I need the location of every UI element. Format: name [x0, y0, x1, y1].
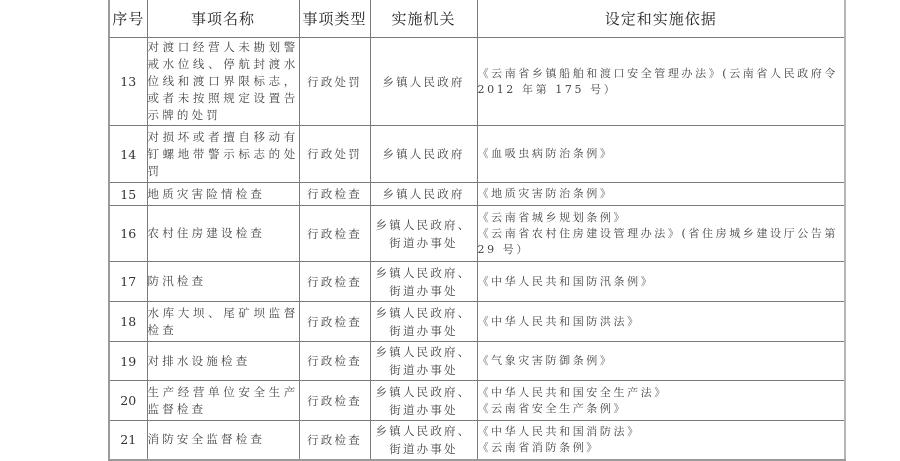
- agency-line: 乡镇人民政府、: [371, 264, 477, 282]
- agency-line: 乡镇人民政府、: [371, 343, 477, 361]
- basis-line: 《地质灾害防治条例》: [478, 186, 845, 202]
- row-item-type: 行政检查: [299, 421, 370, 460]
- agency-line: 乡镇人民政府、: [371, 422, 477, 440]
- row-item-type: 行政检查: [299, 381, 370, 421]
- row-basis: 《中华人民共和国防洪法》: [477, 302, 845, 342]
- row-agency: 乡镇人民政府: [370, 38, 477, 126]
- row-item-type: 行政检查: [299, 302, 370, 342]
- row-agency: 乡镇人民政府: [370, 126, 477, 183]
- row-item-name: 对排水设施检查: [147, 342, 299, 381]
- row-basis: 《气象灾害防御条例》: [477, 342, 845, 381]
- row-num: 20: [109, 381, 147, 421]
- row-agency: 乡镇人民政府、 街道办事处: [370, 381, 477, 421]
- basis-line: 《中华人民共和国防汛条例》: [478, 274, 845, 290]
- table-row: 17 防汛检查 行政检查 乡镇人民政府、 街道办事处 《中华人民共和国防汛条例》: [109, 262, 845, 302]
- table-row: 18 水库大坝、尾矿坝监督检查 行政检查 乡镇人民政府、 街道办事处 《中华人民…: [109, 302, 845, 342]
- header-item-name: 事项名称: [147, 0, 299, 38]
- row-basis: 《中华人民共和国消防法》 《云南省消防条例》: [477, 421, 845, 460]
- row-basis: 《云南省乡镇船舶和渡口安全管理办法》(云南省人民政府令 2012 年第 175 …: [477, 38, 845, 126]
- agency-line: 乡镇人民政府: [371, 73, 477, 91]
- row-item-type: 行政检查: [299, 342, 370, 381]
- row-item-name: 水库大坝、尾矿坝监督检查: [147, 302, 299, 342]
- row-item-name: 防汛检查: [147, 262, 299, 302]
- table-row: 21 消防安全监督检查 行政检查 乡镇人民政府、 街道办事处 《中华人民共和国消…: [109, 421, 845, 460]
- agency-line: 街道办事处: [371, 401, 477, 419]
- row-basis: 《云南省城乡规划条例》 《云南省农村住房建设管理办法》(省住房城乡建设厅公告第 …: [477, 206, 845, 262]
- table-row: 13 对渡口经营人未勘划警戒水位线、停航封渡水位线和渡口界限标志，或者未按照规定…: [109, 38, 845, 126]
- row-num: 21: [109, 421, 147, 460]
- basis-line: 《中华人民共和国防洪法》: [478, 314, 845, 330]
- agency-line: 乡镇人民政府、: [371, 383, 477, 401]
- row-num: 15: [109, 183, 147, 206]
- row-item-name: 地质灾害险情检查: [147, 183, 299, 206]
- agency-line: 街道办事处: [371, 440, 477, 458]
- row-num: 18: [109, 302, 147, 342]
- row-item-name: 对渡口经营人未勘划警戒水位线、停航封渡水位线和渡口界限标志，或者未按照规定设置告…: [147, 38, 299, 126]
- agency-line: 街道办事处: [371, 282, 477, 300]
- row-agency: 乡镇人民政府、 街道办事处: [370, 262, 477, 302]
- row-num: 14: [109, 126, 147, 183]
- row-num: 16: [109, 206, 147, 262]
- row-item-type: 行政处罚: [299, 126, 370, 183]
- basis-line: 《气象灾害防御条例》: [478, 353, 845, 369]
- basis-line: 2012 年第 175 号）: [478, 82, 845, 98]
- basis-line: 《中华人民共和国安全生产法》: [478, 385, 845, 401]
- agency-line: 乡镇人民政府、: [371, 304, 477, 322]
- row-basis: 《中华人民共和国防汛条例》: [477, 262, 845, 302]
- row-basis: 《中华人民共和国安全生产法》 《云南省安全生产条例》: [477, 381, 845, 421]
- header-num: 序号: [109, 0, 147, 38]
- row-item-name: 对损坏或者擅自移动有钉螺地带警示标志的处罚: [147, 126, 299, 183]
- row-agency: 乡镇人民政府、 街道办事处: [370, 302, 477, 342]
- row-item-name: 生产经营单位安全生产监督检查: [147, 381, 299, 421]
- row-item-type: 行政检查: [299, 206, 370, 262]
- basis-line: 《云南省乡镇船舶和渡口安全管理办法》(云南省人民政府令: [478, 66, 845, 82]
- table-row: 16 农村住房建设检查 行政检查 乡镇人民政府、 街道办事处 《云南省城乡规划条…: [109, 206, 845, 262]
- row-num: 17: [109, 262, 147, 302]
- table-row: 20 生产经营单位安全生产监督检查 行政检查 乡镇人民政府、 街道办事处 《中华…: [109, 381, 845, 421]
- agency-line: 街道办事处: [371, 322, 477, 340]
- agency-line: 街道办事处: [371, 361, 477, 379]
- row-agency: 乡镇人民政府、 街道办事处: [370, 206, 477, 262]
- row-agency: 乡镇人民政府、 街道办事处: [370, 421, 477, 460]
- basis-line: 《云南省农村住房建设管理办法》(省住房城乡建设厅公告第: [478, 226, 845, 242]
- row-item-type: 行政检查: [299, 183, 370, 206]
- table-row: 14 对损坏或者擅自移动有钉螺地带警示标志的处罚 行政处罚 乡镇人民政府 《血吸…: [109, 126, 845, 183]
- row-agency: 乡镇人民政府: [370, 183, 477, 206]
- basis-line: 《中华人民共和国消防法》: [478, 424, 845, 440]
- table-header-row: 序号 事项名称 事项类型 实施机关 设定和实施依据: [109, 0, 845, 38]
- agency-line: 乡镇人民政府: [371, 145, 477, 163]
- basis-line: 29 号）: [478, 242, 845, 258]
- basis-line: 《云南省安全生产条例》: [478, 401, 845, 417]
- header-item-type: 事项类型: [299, 0, 370, 38]
- row-agency: 乡镇人民政府、 街道办事处: [370, 342, 477, 381]
- administrative-items-table: 序号 事项名称 事项类型 实施机关 设定和实施依据 13 对渡口经营人未勘划警戒…: [108, 0, 846, 461]
- row-basis: 《地质灾害防治条例》: [477, 183, 845, 206]
- row-item-type: 行政处罚: [299, 38, 370, 126]
- table-row: 19 对排水设施检查 行政检查 乡镇人民政府、 街道办事处 《气象灾害防御条例》: [109, 342, 845, 381]
- table-row: 15 地质灾害险情检查 行政检查 乡镇人民政府 《地质灾害防治条例》: [109, 183, 845, 206]
- agency-line: 乡镇人民政府: [371, 185, 477, 203]
- row-item-name: 农村住房建设检查: [147, 206, 299, 262]
- row-item-type: 行政检查: [299, 262, 370, 302]
- header-basis: 设定和实施依据: [477, 0, 845, 38]
- basis-line: 《云南省城乡规划条例》: [478, 210, 845, 226]
- agency-line: 乡镇人民政府、: [371, 216, 477, 234]
- document-page: 序号 事项名称 事项类型 实施机关 设定和实施依据 13 对渡口经营人未勘划警戒…: [0, 0, 900, 461]
- basis-line: 《血吸虫病防治条例》: [478, 146, 845, 162]
- row-item-name: 消防安全监督检查: [147, 421, 299, 460]
- row-num: 19: [109, 342, 147, 381]
- basis-line: 《云南省消防条例》: [478, 440, 845, 456]
- agency-line: 街道办事处: [371, 234, 477, 252]
- header-agency: 实施机关: [370, 0, 477, 38]
- row-basis: 《血吸虫病防治条例》: [477, 126, 845, 183]
- row-num: 13: [109, 38, 147, 126]
